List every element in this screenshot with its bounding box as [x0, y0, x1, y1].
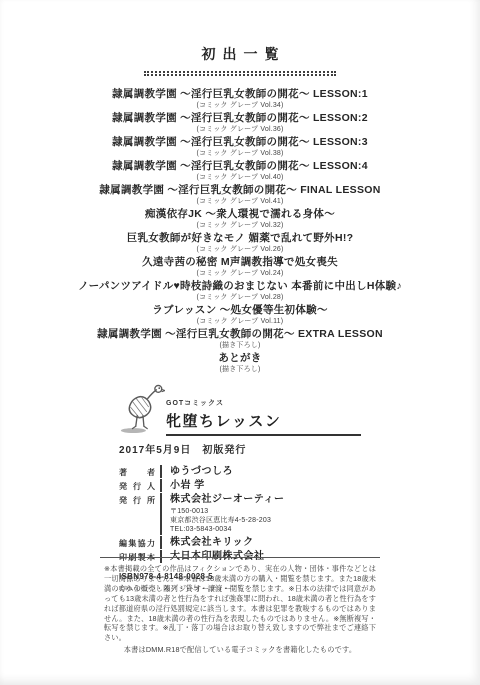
table-row: 編集協力 株式会社キリック	[119, 536, 361, 549]
book-title: 牝堕ちレッスン	[166, 410, 361, 431]
toc-entry-source: (コミック グレープ Vol.11)	[0, 318, 480, 327]
toc-entry-source: (コミック グレープ Vol.26)	[0, 246, 480, 255]
distribution-note: 本書はDMM.R18で配信している電子コミックを書籍化したものです。	[0, 645, 480, 655]
row-value: ゆうづつしろ	[160, 465, 233, 478]
toc-entry: 久遠寺茜の秘密 M声調教指導で処女喪失 (コミック グレープ Vol.24)	[0, 257, 480, 281]
toc-entry-title: 隷属調教学園 ～淫行巨乳女教師の開花～ EXTRA LESSON	[0, 329, 480, 341]
postal-code: 〒150-0013	[170, 507, 285, 516]
toc-entry-title: 隷属調教学園 ～淫行巨乳女教師の開花～ LESSON:2	[0, 113, 480, 125]
toc-entry-title: ノーパンツアイドル♥時枝詩織のおまじない 本番前に中出しH体験♪	[0, 281, 480, 293]
toc-entry-source: (コミック グレープ Vol.24)	[0, 270, 480, 279]
toc-entry-source: (コミック グレープ Vol.36)	[0, 126, 480, 135]
toc-entry-source: (コミック グレープ Vol.41)	[0, 198, 480, 207]
toc-entry-source: (コミック グレープ Vol.40)	[0, 174, 480, 183]
legal-divider	[100, 557, 380, 558]
toc-entry: 隷属調教学園 ～淫行巨乳女教師の開花～ LESSON:1 (コミック グレープ …	[0, 89, 480, 113]
toc-entry-title: ラブレッスン ～処女優等生初体験～	[0, 305, 480, 317]
ostrich-mascot-icon	[119, 382, 165, 436]
toc-entry-title: 隷属調教学園 ～淫行巨乳女教師の開花～ LESSON:1	[0, 89, 480, 101]
toc-entry: ラブレッスン ～処女優等生初体験～ (コミック グレープ Vol.11)	[0, 305, 480, 329]
row-value: 小岩 学	[160, 479, 205, 492]
toc-entry: 痴漢依存JK ～衆人環視で濡れる身体～ (コミック グレープ Vol.32)	[0, 209, 480, 233]
toc-entry-source: (コミック グレープ Vol.32)	[0, 222, 480, 231]
toc-entry-source: (コミック グレープ Vol.28)	[0, 294, 480, 303]
toc-entry: あとがき (描き下ろし)	[0, 353, 480, 377]
toc-entry: ノーパンツアイドル♥時枝詩織のおまじない 本番前に中出しH体験♪ (コミック グ…	[0, 281, 480, 305]
toc-entry-title: 巨乳女教師が好きなモノ 媚薬で乱れて野外H!?	[0, 233, 480, 245]
toc-entry: 隷属調教学園 ～淫行巨乳女教師の開花～ FINAL LESSON (コミック グ…	[0, 185, 480, 209]
toc-entry: 隷属調教学園 ～淫行巨乳女教師の開花～ LESSON:3 (コミック グレープ …	[0, 137, 480, 161]
legal-disclaimer: ※本書掲載の全ての作品はフィクションであり、実在の人物・団体・事件などとは一切関…	[104, 564, 376, 643]
dotted-divider	[144, 71, 336, 76]
toc-entry: 隷属調教学園 ～淫行巨乳女教師の開花～ LESSON:2 (コミック グレープ …	[0, 113, 480, 137]
publication-info-table: 著者 ゆうづつしろ 発行人 小岩 学 発行所 株式会社ジーオーティー 〒150-…	[119, 465, 361, 563]
toc-entry-source: (描き下ろし)	[0, 342, 480, 351]
toc-entry-title: 隷属調教学園 ～淫行巨乳女教師の開花～ LESSON:4	[0, 161, 480, 173]
toc-entry: 隷属調教学園 ～淫行巨乳女教師の開花～ EXTRA LESSON (描き下ろし)	[0, 329, 480, 353]
table-row: 発行所 株式会社ジーオーティー 〒150-0013 東京都渋谷区恵比寿4-5-2…	[119, 493, 361, 535]
toc-entry: 巨乳女教師が好きなモノ 媚薬で乱れて野外H!? (コミック グレープ Vol.2…	[0, 233, 480, 257]
table-row: 発行人 小岩 学	[119, 479, 361, 492]
publisher-name: 株式会社ジーオーティー	[170, 494, 285, 505]
first-publication-list: 初出一覧 隷属調教学園 ～淫行巨乳女教師の開花～ LESSON:1 (コミック …	[0, 44, 480, 377]
row-value: 株式会社ジーオーティー 〒150-0013 東京都渋谷区恵比寿4-5-28-20…	[160, 493, 285, 535]
toc-entry: 隷属調教学園 ～淫行巨乳女教師の開花～ LESSON:4 (コミック グレープ …	[0, 161, 480, 185]
table-row: 著者 ゆうづつしろ	[119, 465, 361, 478]
toc-entry-source: (コミック グレープ Vol.34)	[0, 102, 480, 111]
toc-entry-title: あとがき	[0, 353, 480, 365]
phone-number: TEL:03-5843-0034	[170, 525, 285, 534]
page-title: 初出一覧	[0, 44, 480, 64]
toc-entry-title: 隷属調教学園 ～淫行巨乳女教師の開花～ FINAL LESSON	[0, 185, 480, 197]
row-label: 発行所	[119, 493, 155, 535]
toc-entry-title: 隷属調教学園 ～淫行巨乳女教師の開花～ LESSON:3	[0, 137, 480, 149]
edition-date: 2017年5月9日 初版発行	[119, 441, 361, 456]
imprint-header: GOTコミックス 牝堕ちレッスン	[119, 382, 361, 436]
book-colophon-page: 初出一覧 隷属調教学園 ～淫行巨乳女教師の開花～ LESSON:1 (コミック …	[0, 0, 480, 685]
toc-entry-title: 久遠寺茜の秘密 M声調教指導で処女喪失	[0, 257, 480, 269]
toc-entry-source: (描き下ろし)	[0, 366, 480, 375]
row-label: 発行人	[119, 479, 155, 492]
street-address: 東京都渋谷区恵比寿4-5-28-203	[170, 516, 285, 525]
toc-entry-source: (コミック グレープ Vol.38)	[0, 150, 480, 159]
row-label: 編集協力	[119, 536, 155, 549]
publisher-address: 〒150-0013 東京都渋谷区恵比寿4-5-28-203 TEL:03-584…	[170, 507, 285, 534]
imprint-label: GOTコミックス	[166, 398, 361, 408]
toc-entry-title: 痴漢依存JK ～衆人環視で濡れる身体～	[0, 209, 480, 221]
title-block: GOTコミックス 牝堕ちレッスン	[166, 398, 361, 436]
row-value: 株式会社キリック	[160, 536, 254, 549]
row-label: 著者	[119, 465, 155, 478]
colophon-section: GOTコミックス 牝堕ちレッスン 2017年5月9日 初版発行 著者 ゆうづつし…	[119, 382, 361, 594]
